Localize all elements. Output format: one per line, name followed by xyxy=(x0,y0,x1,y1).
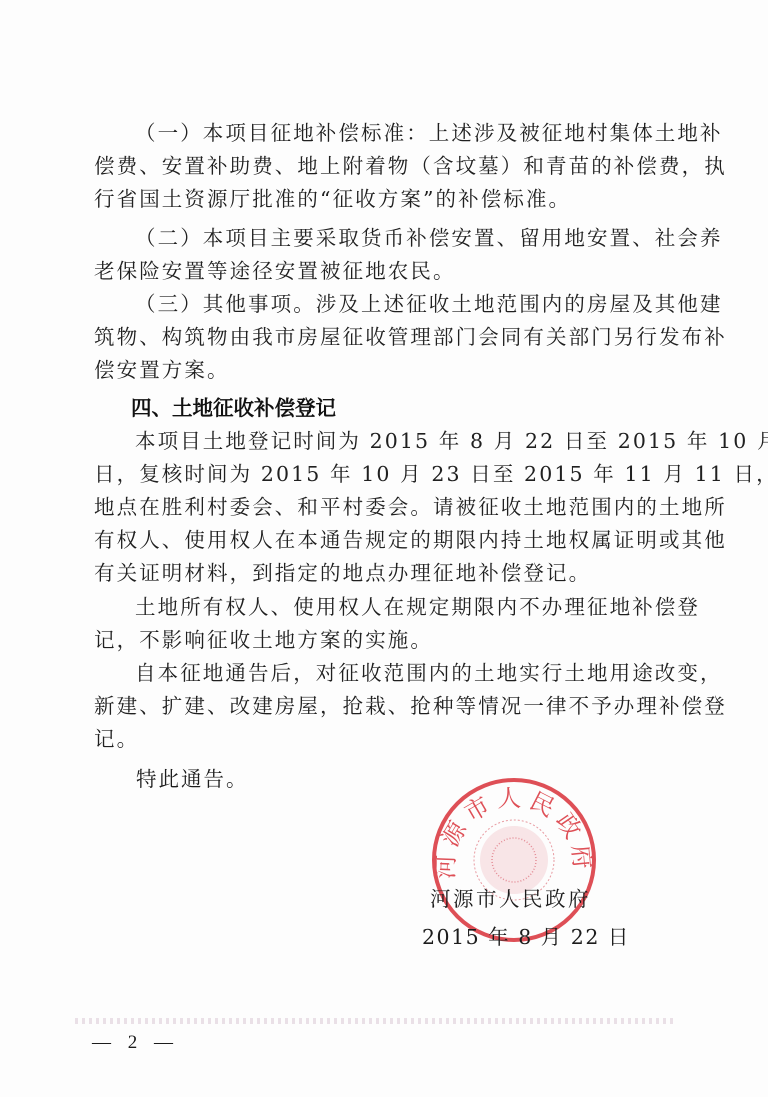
paragraph-1-line-2: 偿费、安置补助费、地上附着物（含坟墓）和青苗的补偿费，执 xyxy=(94,153,674,179)
scan-artifact-line xyxy=(75,1018,675,1024)
paragraph-3-line-2: 筑物、构筑物由我市房屋征收管理部门会同有关部门另行发布补 xyxy=(94,324,674,350)
paragraph-3-line-3: 偿安置方案。 xyxy=(94,357,674,383)
paragraph-4-line-3: 地点在胜利村委会、和平村委会。请被征收土地范围内的土地所 xyxy=(94,494,674,520)
paragraph-1-line-1: （一）本项目征地补偿标准：上述涉及被征地村集体土地补 xyxy=(135,120,715,146)
paragraph-5-line-1: 土地所有权人、使用权人在规定期限内不办理征地补偿登 xyxy=(135,594,715,620)
document-page: （一）本项目征地补偿标准：上述涉及被征地村集体土地补 偿费、安置补助费、地上附着… xyxy=(0,0,768,1097)
paragraph-2-line-1: （二）本项目主要采取货币补偿安置、留用地安置、社会养 xyxy=(135,225,715,251)
paragraph-4-line-4: 有权人、使用权人在本通告规定的期限内持土地权属证明或其他 xyxy=(94,527,674,553)
paragraph-2-line-2: 老保险安置等途径安置被征地农民。 xyxy=(94,258,674,284)
signing-organization: 河源市人民政府 xyxy=(430,882,591,912)
closing-statement: 特此通告。 xyxy=(136,762,249,792)
paragraph-5-line-2: 记，不影响征收土地方案的实施。 xyxy=(94,627,674,653)
paragraph-6-line-2: 新建、扩建、改建房屋，抢栽、抢种等情况一律不予办理补偿登 xyxy=(94,693,674,719)
paragraph-6-line-3: 记。 xyxy=(94,726,674,752)
paragraph-4-line-1: 本项目土地登记时间为 2015 年 8 月 22 日至 2015 年 10 月 … xyxy=(135,428,715,454)
paragraph-6-line-1: 自本征地通告后，对征收范围内的土地实行土地用途改变， xyxy=(135,660,715,686)
section-4-heading: 四、土地征收补偿登记 xyxy=(131,395,336,421)
paragraph-1-line-3: 行省国土资源厅批准的“征收方案”的补偿标准。 xyxy=(94,186,674,212)
paragraph-4-line-2: 日，复核时间为 2015 年 10 月 23 日至 2015 年 11 月 11… xyxy=(94,461,674,487)
paragraph-3-line-1: （三）其他事项。涉及上述征收土地范围内的房屋及其他建 xyxy=(135,291,715,317)
paragraph-4-line-5: 有关证明材料，到指定的地点办理征地补偿登记。 xyxy=(94,560,674,586)
official-seal-icon: 河源市人民政府 xyxy=(430,776,598,944)
page-number: — 2 — xyxy=(92,1032,179,1054)
signing-date: 2015 年 8 月 22 日 xyxy=(422,920,630,950)
